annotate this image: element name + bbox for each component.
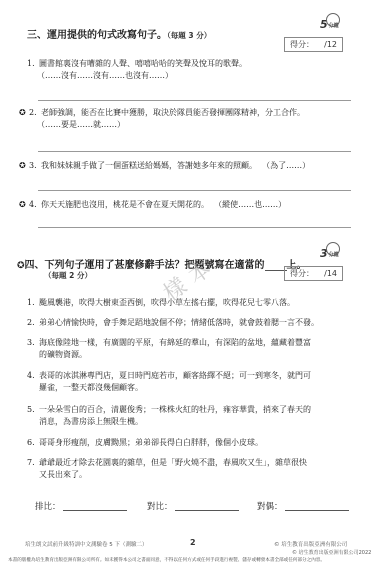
item-number: 3. (27, 337, 39, 349)
question-4: ✪4.你天天施肥也沒用，桃花是不會在夏天開花的。 （縱使……也……） (19, 199, 286, 211)
answer-blank-parallelism[interactable] (63, 510, 127, 511)
item-text: 弟弟心情愉快時，會手舞足蹈地說個不停；情緒低落時，就會鼓着腮一言不發。 (39, 318, 319, 327)
answer-parallelism: 排比： (35, 500, 127, 512)
score-total: /12 (324, 40, 337, 49)
footer-notice: 本書的版權為培生教育出版亞洲有限公司所有。如未獲得本公司之書面同意，不得以任何方… (8, 557, 325, 563)
item-text: 海底像陸地一樣，有廣闊的平原，有綿延的羣山，有深陷的盆地，蘊藏着豐富 (39, 338, 311, 347)
footer-copyright: © 培生教育出版亞洲有限公司 (274, 540, 347, 548)
question-2-hint: （……要是……就……） (37, 119, 125, 131)
star-icon: ✪ (19, 160, 29, 172)
section3-title: 三、運用提供的句式改寫句子。（每題 3 分） (27, 26, 211, 41)
item-text: 一朵朵雪白的百合，清麗俊秀；一株株火紅的牡丹，雍容華貴，捎來了春天的 (39, 405, 311, 414)
item-text: 表哥的冰淇淋專門店，夏日時門庭若市，顧客絡繹不絕；可一到寒冬，就門可 (39, 371, 311, 380)
star-icon: ✪ (19, 107, 29, 119)
footer-page-number: 2 (190, 538, 196, 547)
question-text: 你天天施肥也沒用，桃花是不會在夏天開花的。 (41, 200, 209, 209)
question-number: 2. (29, 107, 41, 119)
question-text: 我和妹妹親手做了一個蛋糕送給媽媽，答謝她多年來的照顧。 (41, 161, 257, 170)
footer-copyright-year: © 培生教育出版亞洲有限公司2022 (292, 549, 371, 556)
question-2: ✪2.老師強調，能否在比賽中獲勝，取決於隊員能否發揮團隊精神，分工合作。 (19, 107, 305, 119)
rhetoric-item-7: 7.爺爺最近才除去花園裏的雜草，但是「野火燒不盡，春風吹又生」，雜草很快 又長出… (27, 457, 307, 481)
item-number: 2. (27, 317, 39, 329)
answer-line-2[interactable] (38, 151, 351, 152)
answer-label: 對偶： (257, 500, 283, 512)
rhetoric-item-6: 6.哥哥身形瘦削，皮膚黝黑；弟弟卻長得白白胖胖，像個小皮球。 (27, 437, 263, 449)
star-icon: ✪ (19, 199, 29, 211)
question-3: ✪3.我和妹妹親手做了一個蛋糕送給媽媽，答謝她多年來的照顧。 （為了……） (19, 160, 310, 172)
item-number: 4. (27, 370, 39, 382)
item-number: 7. (27, 457, 39, 469)
question-hint: （縱使……也……） (214, 200, 286, 209)
section4-timer: 3 分鐘 (320, 247, 339, 260)
item-text-cont: 的礦物資源。 (39, 350, 87, 359)
question-1: 1.圖書館裏沒有嘈雜的人聲、嘻嘻哈哈的笑聲及悅耳的歌聲。 (27, 58, 247, 70)
question-1-hint: （……沒有……沒有……也沒有……） (37, 70, 173, 82)
rhetoric-item-1: 1.颱風襲港，吹得大樹東歪西倒，吹得小草左搖右擺，吹得花兒七零八落。 (27, 297, 295, 309)
section3-note: （每題 3 分） (167, 31, 211, 40)
answer-line-1[interactable] (38, 100, 351, 101)
stopwatch-icon (326, 242, 340, 256)
question-text: 圖書館裏沒有嘈雜的人聲、嘻嘻哈哈的笑聲及悅耳的歌聲。 (39, 59, 247, 68)
score-label: 得分： (290, 268, 314, 279)
section4-title: ✪四、下列句子運用了甚麼修辭手法？把題號寫在適當的上。 (17, 256, 307, 271)
rhetoric-item-5: 5.一朵朵雪白的百合，清麗俊秀；一株株火紅的牡丹，雍容華貴，捎來了春天的 消息，… (27, 404, 311, 428)
rhetoric-item-3: 3.海底像陸地一樣，有廣闊的平原，有綿延的羣山，有深陷的盆地，蘊藏着豐富 的礦物… (27, 337, 311, 361)
score-total: /14 (324, 269, 337, 278)
rhetoric-item-4: 4.表哥的冰淇淋專門店，夏日時門庭若市，顧客絡繹不絕；可一到寒冬，就門可 羅雀，… (27, 370, 311, 394)
answer-contrast: 對比： (147, 500, 239, 512)
section3-timer: 5 分鐘 (320, 18, 339, 31)
answer-antithesis: 對偶： (257, 500, 349, 512)
footer-book-title: 培生朗文試前升級特訓中文測驗卷 5 下（測驗二） (25, 540, 148, 548)
item-number: 5. (27, 404, 39, 416)
stopwatch-icon (326, 13, 340, 27)
section3-score-box: 得分： /12 (284, 37, 343, 52)
item-text: 颱風襲港，吹得大樹東歪西倒，吹得小草左搖右擺，吹得花兒七零八落。 (39, 298, 295, 307)
question-text: 老師強調，能否在比賽中獲勝，取決於隊員能否發揮團隊精神，分工合作。 (41, 108, 305, 117)
answer-blank-antithesis[interactable] (285, 510, 349, 511)
question-number: 4. (29, 199, 41, 211)
answer-label: 對比： (147, 500, 173, 512)
item-text: 爺爺最近才除去花園裏的雜草，但是「野火燒不盡，春風吹又生」，雜草很快 (39, 458, 307, 467)
answer-label: 排比： (35, 500, 61, 512)
answer-line-4[interactable] (38, 227, 351, 228)
item-text-cont: 羅雀，一整天都沒幾個顧客。 (39, 383, 143, 392)
score-label: 得分： (290, 39, 314, 50)
item-text-cont: 又長出來了。 (39, 470, 87, 479)
item-text-cont: 消息，為書房添上無限生機。 (39, 417, 143, 426)
question-number: 1. (27, 58, 39, 70)
item-number: 1. (27, 297, 39, 309)
item-number: 6. (27, 437, 39, 449)
question-number: 3. (29, 160, 41, 172)
item-text: 哥哥身形瘦削，皮膚黝黑；弟弟卻長得白白胖胖，像個小皮球。 (39, 438, 263, 447)
question-hint: （為了……） (262, 161, 310, 170)
rhetoric-item-2: 2.弟弟心情愉快時，會手舞足蹈地說個不停；情緒低落時，就會鼓着腮一言不發。 (27, 317, 319, 329)
answer-blank-contrast[interactable] (175, 510, 239, 511)
section4-score-box: 得分： /14 (284, 266, 343, 281)
star-icon: ✪ (17, 261, 25, 271)
section3-title-text: 三、運用提供的句式改寫句子。 (27, 30, 167, 41)
section4-note: （每題 2 分） (44, 270, 92, 281)
answer-line-3[interactable] (38, 190, 351, 191)
